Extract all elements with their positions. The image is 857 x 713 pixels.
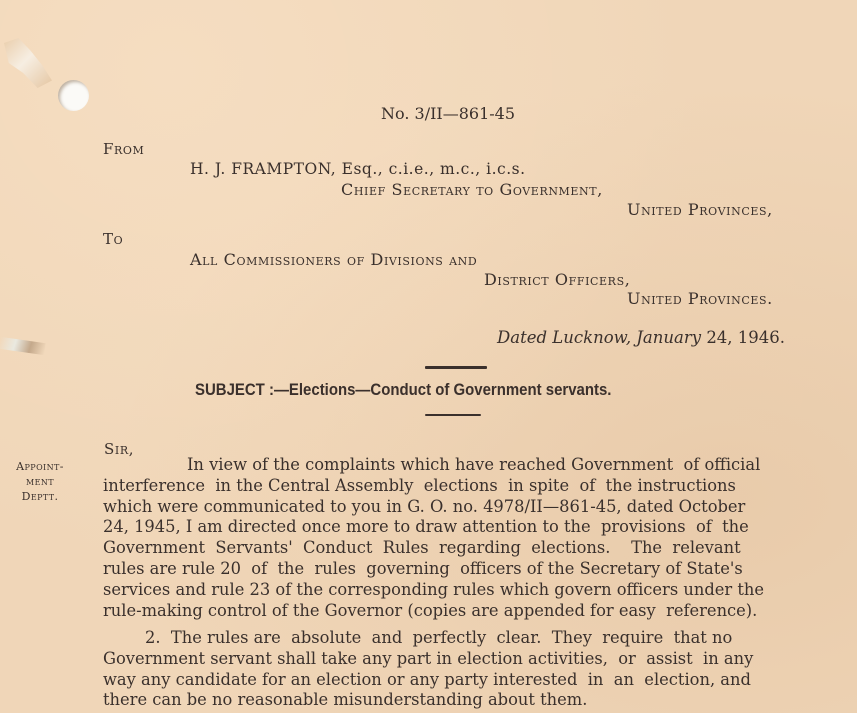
subject-line: SUBJECT :—Elections—Conduct of Governmen… xyxy=(195,380,611,400)
paragraph-line: interference in the Central Assembly ele… xyxy=(103,476,764,497)
punch-hole xyxy=(58,80,89,111)
reference-number: No. 3/II—861-45 xyxy=(381,104,515,123)
paragraph-line: In view of the complaints which have rea… xyxy=(103,455,764,476)
paragraph-line: way any candidate for an election or any… xyxy=(103,670,753,691)
date-line: Dated Lucknow, January 24, 1946. xyxy=(497,328,785,347)
recipients-line-1: All Commissioners of Divisions and xyxy=(190,250,477,269)
to-label: To xyxy=(103,230,123,248)
paragraph-line: rule-making control of the Governor (cop… xyxy=(103,601,764,622)
sender-name: H. J. FRAMPTON, Esq., c.i.e., m.c., i.c.… xyxy=(190,160,526,178)
paragraph-line: there can be no reasonable misunderstand… xyxy=(103,690,753,711)
paragraph-line: 2. The rules are absolute and perfectly … xyxy=(103,628,753,649)
recipients-line-2: District Officers, xyxy=(484,270,630,289)
paragraph-line: Government servant shall take any part i… xyxy=(103,649,753,670)
paragraph-line: Government Servants' Conduct Rules regar… xyxy=(103,538,764,559)
torn-corner xyxy=(4,38,52,88)
paragraph-1: In view of the complaints which have rea… xyxy=(103,455,764,621)
paragraph-line: services and rule 23 of the correspondin… xyxy=(103,580,764,601)
recipients-line-3: United Provinces. xyxy=(627,289,773,308)
paragraph-line: 24, 1945, I am directed once more to dra… xyxy=(103,517,764,538)
paper-crease xyxy=(0,337,46,355)
date-value: 24, 1946. xyxy=(706,328,785,347)
sender-location: United Provinces, xyxy=(627,200,773,219)
margin-note-line: Appoint- xyxy=(5,459,75,474)
subject-rule-top xyxy=(425,366,487,369)
margin-note-line: ment xyxy=(5,474,75,489)
margin-note: Appoint- ment Deptt. xyxy=(5,459,75,504)
paragraph-2: 2. The rules are absolute and perfectly … xyxy=(103,628,753,711)
subject-rule-bottom xyxy=(425,414,481,416)
sender-title: Chief Secretary to Government, xyxy=(341,180,603,199)
date-place: Dated Lucknow, January xyxy=(497,328,701,347)
paragraph-line: which were communicated to you in G. O. … xyxy=(103,497,764,518)
margin-note-line: Deptt. xyxy=(5,489,75,504)
paragraph-line: rules are rule 20 of the rules governing… xyxy=(103,559,764,580)
from-label: From xyxy=(103,140,144,158)
